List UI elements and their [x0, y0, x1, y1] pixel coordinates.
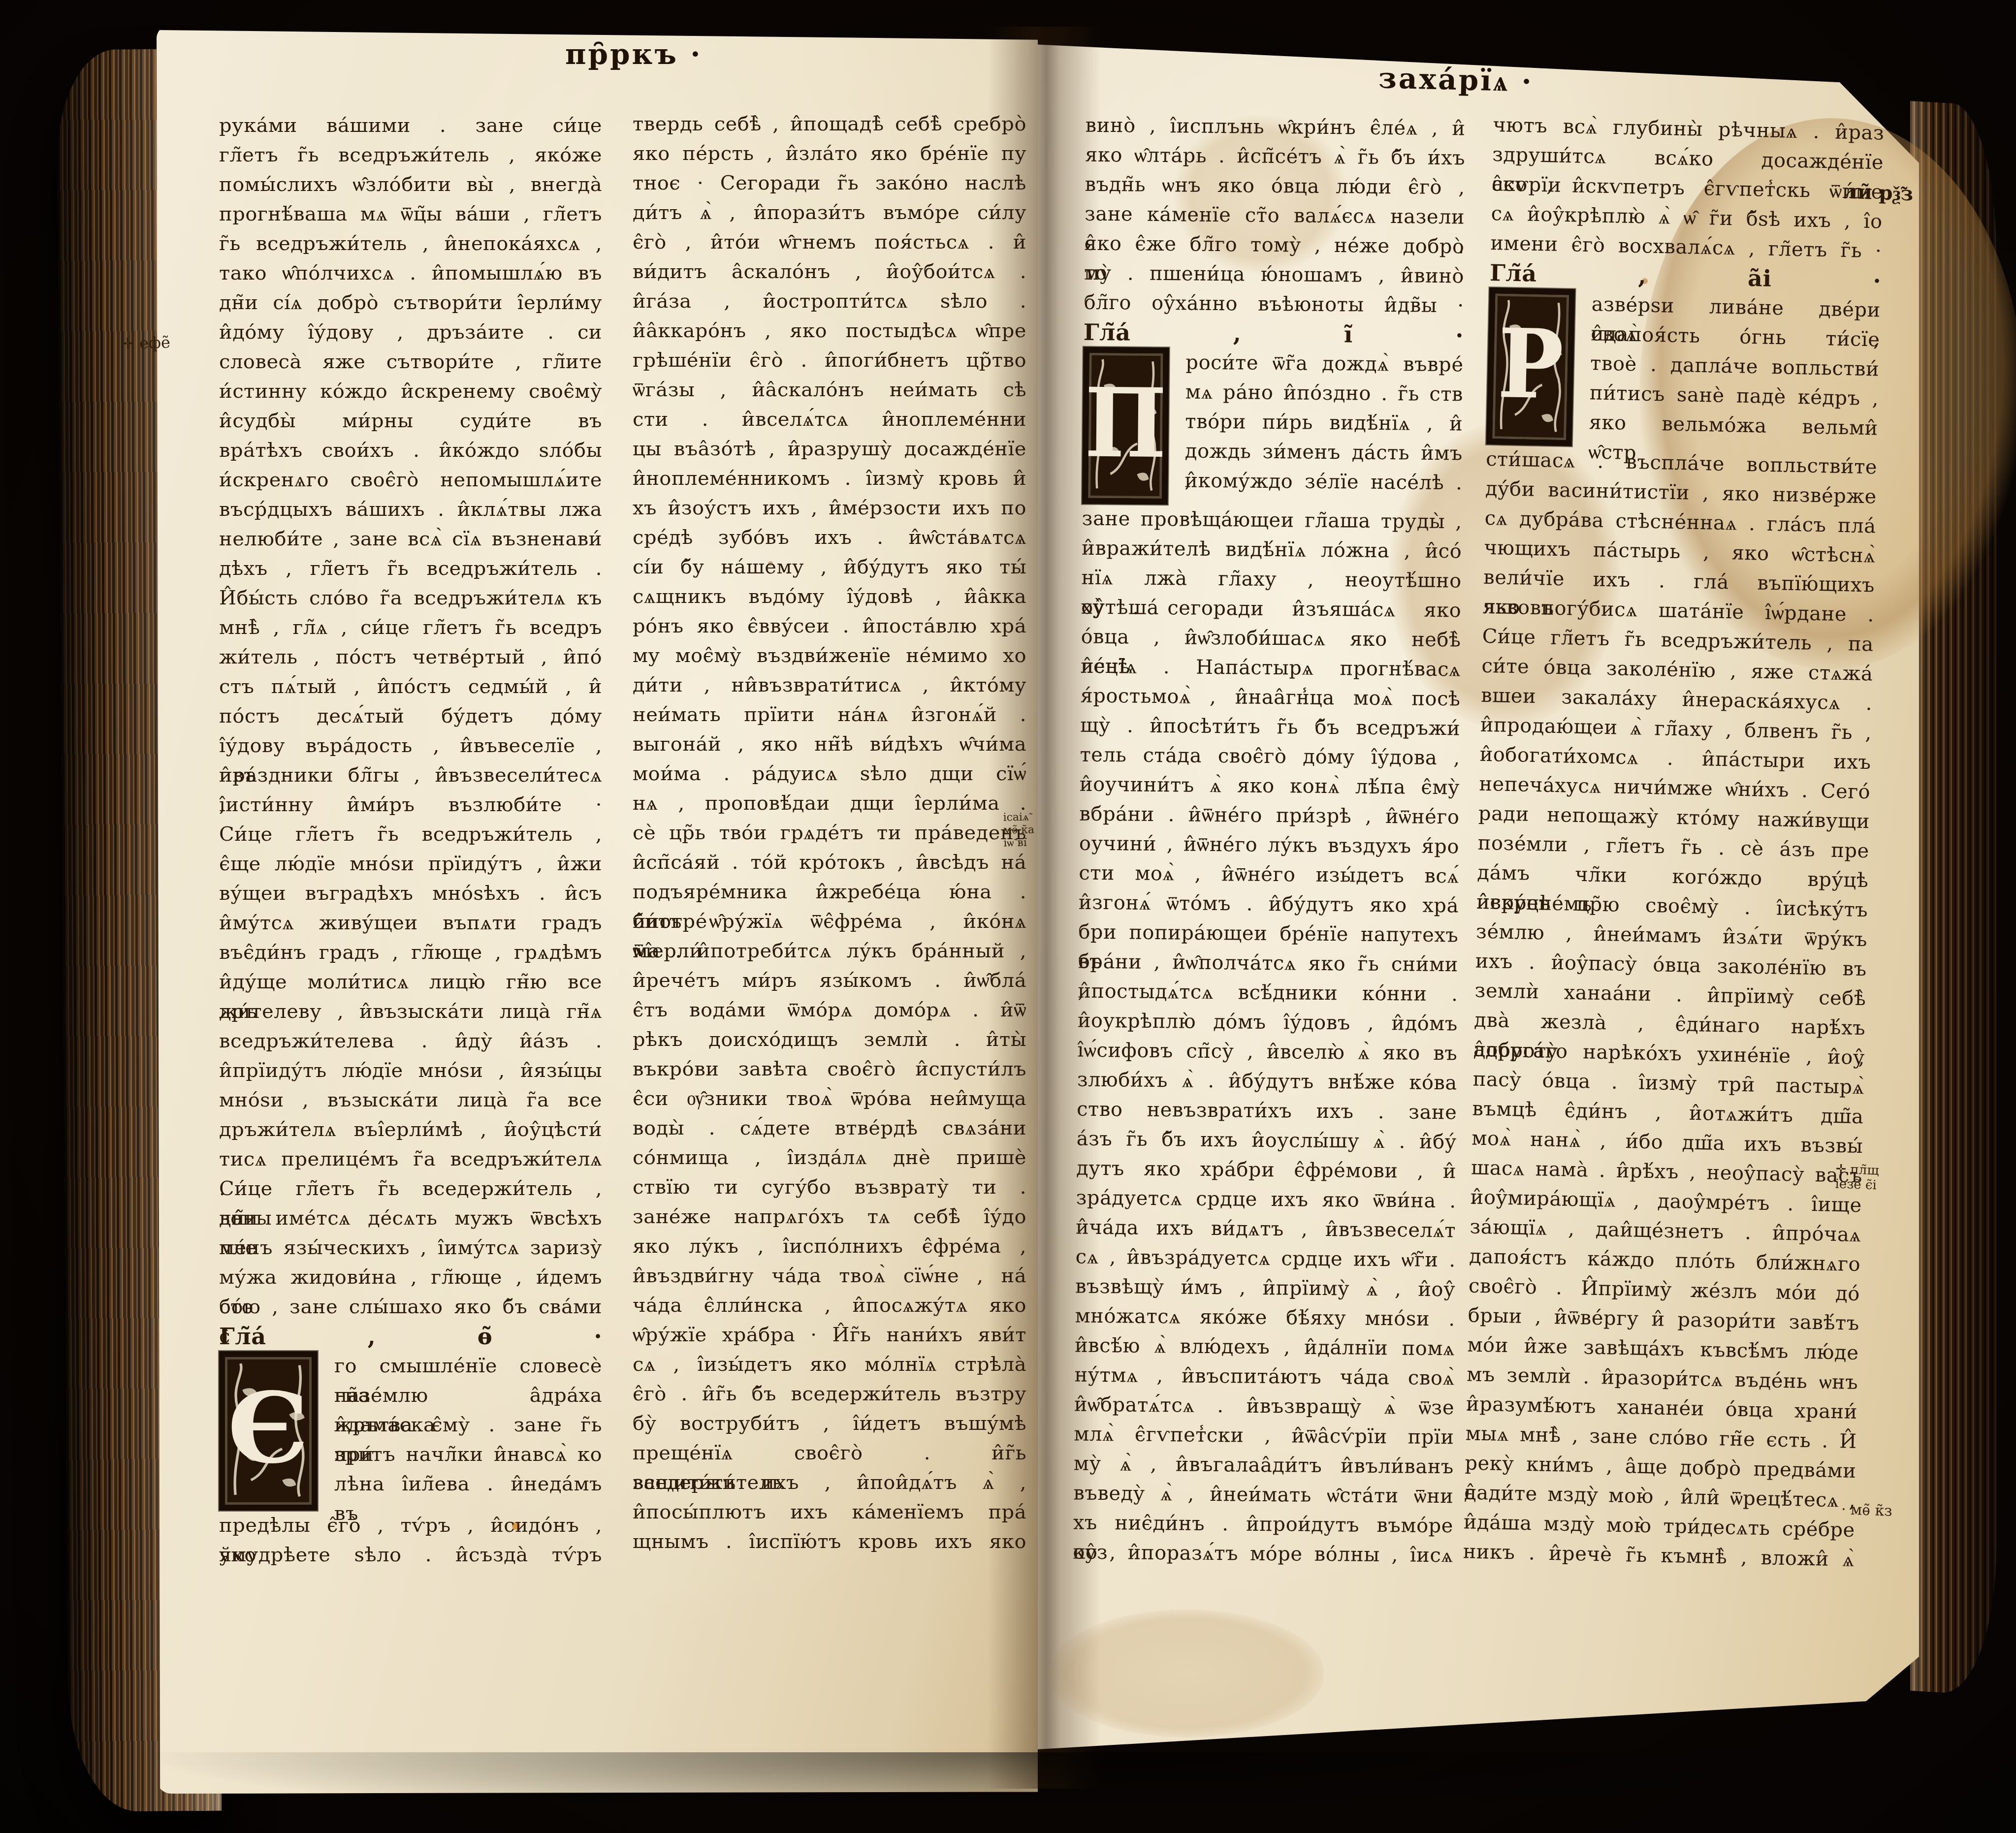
text-line: яко є̂же бл̃го тому̀ , не́же добрò то	[1084, 229, 1464, 262]
text-line: защити́тъ ихъ , и̂пои̂дѧ́тъ ѧ̀ ,	[633, 1468, 1026, 1497]
text-line: є̂гò . и̂г̃ь б̃ъ вседержи́тель възтру	[633, 1379, 1026, 1409]
text-line: и̂а̂ккаро́нъ , яко постыдѣсѧ ѡ̂пре	[633, 316, 1026, 346]
book-fore-edge-right-page-stack	[1910, 101, 1996, 1696]
text-line: дръжи́телѧ въі̂ерли́мѣ , и̂оу̂цѣсти́	[219, 1115, 602, 1144]
text-line: и́стинну ко́ждо и̂скренему своє̂му̀ .	[219, 377, 602, 406]
text-line: зра́дуетсѧ срдце ихъ яко ѿви́на .	[1076, 1183, 1456, 1216]
margin-note-matthew-reference: · мѳ̃ к̃з	[1841, 1501, 1892, 1520]
text-line: а́зъ г̃ь б̃ъ ихъ и̂оуслы́шу ѧ̀ . и̂бу́	[1076, 1124, 1456, 1157]
text-line: въє̂ди́нъ градъ , гл̃юще , грѧдѣмъ	[219, 938, 602, 967]
text-line: зритъ начл̃ки и̂навсѧ̀ ко	[334, 1440, 602, 1469]
text-line: щнымъ . і̂испїю́тъ кровь ихъ яко	[633, 1527, 1026, 1556]
text-line: сѧ , и̂възра́дуетсѧ срдце ихъ ѡ̂г̃и .	[1075, 1242, 1455, 1275]
text-line: ко , и̂поразѧ́тъ мо́ре во́лны , і̂исѧ	[1073, 1538, 1453, 1571]
text-line: нелюби́те , зане всѧ̀ сїѧ възненави́	[219, 524, 602, 554]
text-line: и̂ду́ще моли́тисѧ лицю̀ гн̃ю все дръ	[219, 967, 602, 997]
text-line: помы́слихъ ѡ̂зло́бити вы̀ , внегда̀	[219, 170, 602, 199]
text-line: го смышле́нїе словесè гн̃а	[334, 1351, 602, 1381]
text-line: и̂всѣ́ю ѧ̀ влю́дехъ , и̂да́лнїи помѧ	[1075, 1331, 1455, 1364]
text-line: злюби́хъ ѧ̀ . и̂бу́дутъ внѣ́же ко́ва	[1077, 1065, 1457, 1098]
text-line: прогнѣ́ваша мѧ ѿц̃ы ва́ши , гл̃етъ	[219, 199, 602, 229]
text-line: бри попира́ющеи бре́нїе напутехъ въ	[1078, 917, 1458, 950]
text-line: яко вельмо́жа вельми̂ ѡ̂стр	[1589, 408, 1878, 443]
text-line: и̂га́за , и̂остропти́тсѧ ѕѣло .	[633, 286, 1026, 316]
text-line: и̂прїиду́тъ лю́дїе мно́ѕи , и̂язы́цы	[219, 1056, 602, 1085]
text-line: мно́ѕи , възыска́ти лица̀ г̃а все	[219, 1085, 602, 1115]
text-line: є̂тъ вода́ми ѿмо́рѧ домо́рѧ . и̂ѿ	[633, 995, 1026, 1025]
text-line: ву́щеи въградѣхъ мно́ѕѣхъ . и̂съ	[219, 879, 602, 908]
text-line: и̂судбы̀ ми́рны суди́те въ	[219, 406, 602, 436]
text-line: и̂оукрѣплю̀ до́мъ і̂у́довъ , и̂до́мъ	[1078, 1006, 1458, 1039]
text-line: тноє · Сегоради г̃ь зако́но наслѣ	[633, 168, 1026, 198]
text-line: мнѣ̀ , гл̃ѧ , си́це гл̃етъ г̃ь вседръ	[219, 613, 602, 642]
text-line: хъ ниє̂ди́нъ . и̂прои́дутъ въмо́ре оу̂з	[1073, 1508, 1453, 1541]
text-line: гл̃етъ г̃ь вседръжи́тель , яко́же	[219, 140, 602, 170]
decorated-initial-Р-woodcut: Р	[1486, 287, 1575, 446]
text-line: є̂ще лю́дїе мно́ѕи прїиду́тъ , и̂жи	[219, 849, 602, 879]
indented-lines-beside-initial: азве́рѕи лива́не две́ри своѧ̀ ,и̂дапоя́с…	[1589, 289, 1881, 443]
text-line: ча́да є̂лли́нска , и̂посѧжу́тѧ яко	[633, 1291, 1026, 1320]
text-line: дѣхъ , гл̃етъ г̃ь вседръжи́тель .	[219, 554, 602, 583]
text-line: о́вца , и̂ѡ̂злоби́шасѧ яко небѣ̀ и̂сцѣ	[1081, 622, 1461, 655]
text-line: яко лу́къ , і̂испо́лнихъ є̂фре́ма ,	[633, 1232, 1026, 1261]
text-line: винò , і̂исплънь ѡ̂кри́нъ є̂ле́ѧ , и̂	[1085, 111, 1465, 144]
text-line: възвѣщу̀ и́мъ , и̂прїиму̀ ѧ̀ , и̂оу̂	[1075, 1272, 1455, 1305]
text-line: сти моѧ̀ , и̂ѿне́го изы́детъ всѧ́	[1079, 858, 1459, 891]
text-line: и̂сп̃са́яй . то́й кро́токъ , и̂всѣдъ на́	[633, 848, 1026, 877]
text-line: тель ста́да своє̂го̀ до́му і̂у́дова ,	[1080, 740, 1460, 773]
text-line: воды̀ . сѧ́дете втве́рдѣ свѧза́ни	[633, 1113, 1026, 1143]
text-line: є̂си ѹ̂зники твоѧ̀ ѿро́ва неи̂муща	[633, 1084, 1026, 1113]
text-line: назе́млю а̂дра́ха и̂дама́ска	[334, 1381, 602, 1410]
text-line: ѡ̂ру́жїе хра́бра · И̂г̃ь нани́хъ яви́т	[633, 1320, 1026, 1350]
text-line: ро́нъ яко є̂вву́сеи . и̂поста́влю хра́	[633, 611, 1026, 641]
text-line: му̀ . пшени́ца ю́ношамъ , и̂винò	[1084, 258, 1464, 291]
text-line: яко пе́рсть , и̂зла́то яко бре́нїе пу	[633, 139, 1026, 168]
text-line: і̂у́дову въра́дость , и̂въвеселїе , и̂въ	[219, 731, 602, 760]
text-line: бо́ю , зане слы́шахо яко б̃ъ сва́ми є̂ ·	[219, 1292, 602, 1322]
text-line: неи́мать прїити на́нѧ и̂згонѧ́й .	[633, 700, 1026, 729]
text-line: и̂му́тсѧ живу́щеи въпѧти градъ	[219, 908, 602, 938]
text-line: подъяре́мника и̂жребе́ца ю́на . и̂потре́	[633, 877, 1026, 907]
text-line: Си́це гл̃етъ г̃ь вседержи́тель , во́ны	[219, 1174, 602, 1203]
text-line: по́стъ десѧ́тый бу́детъ до́му	[219, 701, 602, 731]
text-line: мно́жатсѧ яко́же бѣ́яху мно́ѕи .	[1075, 1301, 1455, 1334]
text-line: є̂гò , и̂то́и ѡ̂гнемъ поя́стьсѧ . и̂	[633, 227, 1026, 257]
margin-note-left-reference: ✛ ефе̃	[121, 334, 170, 352]
text-line: вседръжи́телева . и̂ду̀ и̂а́зъ .	[219, 1026, 602, 1056]
text-line: сѧ , і̂изы́детъ яко мо́лнїѧ стрѣла̀	[633, 1350, 1026, 1379]
text-column-4: чютъ всѧ̀ глубины̀ рѣчныѧ . и̂разздруши́…	[1463, 110, 1885, 1575]
text-line: И̂бы́сть сло́во г̃а вседръжи́телѧ къ	[219, 583, 602, 613]
decorated-initial-П-woodcut: П	[1082, 347, 1169, 505]
svg-text:Є: Є	[227, 1371, 309, 1485]
text-line: выгона́й , яко нн̃ѣ ви́дѣхъ ѡ̂чи́ма	[633, 729, 1026, 759]
text-line: со́нмища , і̂изда́лѧ днè пришè	[633, 1143, 1026, 1172]
text-line: ди́ти , ни̂възврати́тисѧ , и̂кто́му	[633, 670, 1026, 700]
text-line: жрътва є̂му̀ . зане г̃ь при́	[334, 1410, 602, 1440]
text-line: хъ и̂зоу́стъ ихъ , и̂ме́рзости ихъ по	[633, 493, 1026, 523]
text-line: рука́ми ва́шими . зане си́це	[219, 111, 602, 140]
text-line: ѿга́зы , и̂а̂скало́нъ неи́мать сѣ	[633, 375, 1026, 405]
text-line: тво́ри пи́рь видѣ́нїѧ , и̂	[1185, 407, 1463, 439]
text-line: дутъ яко хра́бри є̂фре́мови , и̂	[1076, 1154, 1456, 1187]
text-line: мои́ма . ра́дуисѧ ѕѣло дщи сїѡ́	[633, 759, 1026, 789]
chapter-heading: Гл̃а́ , і̃ ·	[1084, 317, 1464, 350]
text-line: г̃ь вседръжи́тель , и̂непока́яхсѧ ,	[219, 229, 602, 258]
text-line: и̂ноплеме́нникомъ . і̂изму̀ кровь и̂	[633, 464, 1026, 493]
text-line: сè цр̃ь тво́и грѧде́тъ ти пра́веденъ	[633, 818, 1026, 848]
running-head-left: пр̑ркъ ·	[565, 37, 702, 71]
text-line: въср́дцыхъ ва́шихъ . и̂клѧ́твы лжа	[219, 495, 602, 524]
text-line: рѣкъ доисхо́дищъ землѝ . и̂ты̀	[633, 1025, 1026, 1054]
text-line: ху̀ . сегоради и̂зъяша́сѧ яко	[1081, 593, 1461, 626]
text-line: ви́дитъ а̂скало́нъ , и̂оу̂бои́тсѧ .	[633, 257, 1026, 286]
running-head-right: захáрїѧ ·	[1378, 61, 1534, 98]
text-line: и̂кому́ждо зе́лїе насе́лѣ .	[1184, 466, 1463, 498]
text-line: цы въа̂зо́тѣ , и̂разрушу̀ досажде́нїе	[633, 434, 1026, 464]
text-line: ди́тъ ѧ̀ , и̂порази́тъ въмо́ре си́лу	[633, 198, 1026, 227]
text-line: ствїю ти сугу́бо възврату̀ ти .	[633, 1172, 1026, 1202]
text-line: пра́здники бл̃гы , и̂възвесели́тесѧ ,	[219, 760, 602, 790]
text-line: вра́тѣхъ свои́хъ . и̂ко́ждо ѕло́бы	[219, 436, 602, 465]
text-line: і̂ѡ́сифовъ сп̃су̀ , и̂вселю̀ ѧ̀ яко въ	[1077, 1036, 1457, 1069]
chapter-opening-block: Проси́те ѿг̃а дождѧ̀ въвре́мѧ ра́но и̂по…	[1082, 347, 1464, 507]
text-line: и̂ча́да ихъ ви́дѧтъ , и̂възвеселѧ́т	[1076, 1213, 1456, 1246]
indented-lines-beside-initial: роси́те ѿг̃а дождѧ̀ въвре́мѧ ра́но и̂по́…	[1184, 348, 1464, 498]
text-line: сі́и б̃у на́шему , и̂бу́дутъ яко ты́	[633, 552, 1026, 582]
chapter-heading: Гл̃а́ , ѳ̃ ·	[219, 1322, 602, 1351]
text-line: би́тъ ѡ̂ру́жїѧ ѿє̂фре́ма , и̂ко́нѧ ѿі̂ер…	[633, 907, 1026, 936]
text-line: тисѧ прелице́мъ г̃а вседръжи́телѧ .	[219, 1144, 602, 1174]
svg-text:Р: Р	[1497, 308, 1565, 421]
text-line: и̂до́му і̂у́дову , дръза́ите . си	[219, 317, 602, 347]
text-line: бу̀ воструби́тъ , і̂и́детъ въшу́мѣ	[633, 1409, 1026, 1438]
text-line: въведу̀ ѧ̀ , и̂неи́мать ѡ̂ста́ти ѿни	[1073, 1479, 1453, 1512]
text-line: Си́це гл̃етъ г̃ь вседръжи́тель ,	[219, 820, 602, 849]
text-line: и̂вражи́телѣ видѣ́нїѧ ло́жна , и̂со́	[1082, 534, 1462, 567]
text-column-1: рука́ми ва́шими . зане си́цегл̃етъ г̃ь в…	[219, 111, 602, 1570]
decorated-initial-Є-woodcut: Є	[219, 1351, 318, 1511]
text-line: и̂въздви́гну ча́да твоѧ̀ сїѡ́не , на́	[633, 1261, 1026, 1291]
text-line: му моє̂му̀ въздви́женїе не́мимо хо	[633, 641, 1026, 670]
text-line: жи́телеву , и̂възыска́ти лица̀ гн̃ѧ	[219, 997, 602, 1026]
text-line: і̂исти́нну и̂ми́ръ възлюби́те ·	[219, 790, 602, 820]
text-line: и̂оучини́тъ ѧ̀ яко конѧ̀ лѣ́па є̂му̀	[1080, 770, 1460, 803]
text-line: въдн̃ь ѡнъ яко о́вца лю́ди є̂гò ,	[1085, 170, 1465, 203]
text-line: словеса̀ яже сътвори́те , гл̃ите	[219, 347, 602, 377]
photograph-of-open-antique-book: { "book": { "description_title": "Церков…	[0, 0, 2016, 1833]
margin-note-ezekiel-reference: ✛ пл̃щ іезе̃ є̃і	[1835, 1162, 1879, 1193]
text-line: тако ѡ̂по́лчихсѧ . и̂помышлѧ́ю въ	[219, 258, 602, 288]
text-line: въкро́ви завѣта своє̂го̀ и̂спусти́лъ	[633, 1054, 1026, 1084]
text-line: преще́нїѧ своє̂гò . и̂г̃ь вседержи́тель	[633, 1438, 1026, 1468]
chapter-opening-block: Єго смышле́нїе словесè гн̃аназе́млю а̂др…	[219, 1351, 602, 1511]
text-line: нїѧ лжа̀ гл̃аху , неоутѣ́шно оу̂тѣша́	[1081, 563, 1461, 596]
text-line: жи́тель , по́стъ четве́ртый , и̂по́	[219, 642, 602, 672]
text-line: ство невъзврати́хъ ихъ . зане	[1077, 1095, 1457, 1128]
text-line: дождь зи́менъ да́сть и̂мъ ,	[1185, 436, 1463, 468]
text-line: ўмудрѣете ѕѣло . и̂създа̀ тѵ́ръ	[219, 1540, 602, 1570]
text-line: дн̃и име́тсѧ де́сѧть мужъ ѿвсѣхъ пле	[219, 1203, 602, 1233]
text-line: яко ѡ̂лта́рь . и̂сп̃се́тъ ѧ̀ г̃ь б̃ъ и́х…	[1085, 140, 1465, 173]
text-line: ме́нъ язы́ческихъ , і̂иму́тсѧ заризу̀	[219, 1233, 602, 1263]
text-line: предѣлы є̂гò , тѵ́ръ , и̂сидо́нъ , яко	[219, 1511, 602, 1540]
text-line: щу̀ . и̂посѣти́тъ г̃ь б̃ъ вседръжи́	[1080, 711, 1460, 744]
text-line: млѧ̀ є̂гѵпет̾ски , и̂ѿа̂сѵ́рїи прїи	[1074, 1420, 1454, 1453]
chapter-opening-block: Разве́рѕи лива́не две́ри своѧ̀ ,и̂дапоя́…	[1486, 287, 1881, 453]
svg-text:П: П	[1088, 367, 1163, 479]
text-line: му́жа жидови́на , гл̃юще , и́демъ сто	[219, 1263, 602, 1292]
indented-lines-beside-initial: го смышле́нїе словесè гн̃аназе́млю а̂дра…	[334, 1351, 602, 1499]
text-line: зане́же напрѧго́хъ тѧ себѣ̀ і̂у́до	[633, 1202, 1026, 1232]
text-line: ну́тмѧ , и̂въспита́ютъ ча́да своѧ̀	[1074, 1360, 1454, 1393]
text-line: стъ пѧ́тый , и̂по́стъ седмы́й , и̂	[219, 672, 602, 701]
text-line: мѧ ра́но и̂по́здно . г̃ь ств	[1185, 377, 1464, 409]
text-line: я́ростьмоѧ̀ , и̂наа̂гн̾ца моѧ̀ посѣ	[1080, 681, 1460, 714]
text-line: и́скренѧго своє̂го̀ непомышлѧ́ите	[219, 465, 602, 495]
text-column-2: твердь себѣ̀ , и̂пощадѣ̀ себѣ̀ сребрòяко…	[633, 109, 1026, 1556]
margin-note-gutter-references: ісаіѧ̃ мѳ̃ к̃а іѡ̃ ві̃	[1003, 811, 1034, 850]
text-line: бл̃го оу̂ха́нно въѣюноты и̂дв̃ы ·	[1084, 288, 1464, 321]
text-column-3: винò , і̂исплънь ѡ̂кри́нъ є̂ле́ѧ , и̂яко…	[1073, 111, 1466, 1571]
text-line: и̂посы́плютъ ихъ ка́менїемъ пра́	[633, 1497, 1026, 1527]
text-line: сре́дѣ зубо́въ ихъ . и̂ѡ̂ста́вѧтсѧ	[633, 523, 1026, 552]
text-line: дн̃и сі́ѧ добрò сътвори́ти і̂ерли́му	[219, 288, 602, 317]
text-line: твердь себѣ̀ , и̂пощадѣ̀ себѣ̀ сребрò	[633, 109, 1026, 139]
text-line: грѣше́нїи є̂гò . и̂поги́бнетъ цр̃тво	[633, 346, 1026, 375]
text-line: оучини́ , и̂ѿне́го лу́къ въздухъ я́ро	[1079, 829, 1459, 862]
text-line: и̂згонѧ́ ѿто́мъ . и̂бу́дутъ яко хра́	[1079, 888, 1459, 921]
text-line: му̀ ѧ̀ , и̂въгалаа̂ди́тъ и̂въли́ванъ	[1074, 1449, 1454, 1482]
text-line: и̂постыдѧ́тсѧ всѣ́дники ко́нни .	[1078, 977, 1458, 1010]
text-line: сти . и̂вселѧ́тсѧ и̂ноплеме́нни	[633, 405, 1026, 434]
text-line: и̂рече́тъ ми́ръ язы́комъ . и̂ѡ̂бла́	[633, 966, 1026, 995]
text-line: бра́ни , и̂ѡ̂полча́тсѧ яко г̃ь сни́ми ,	[1078, 947, 1458, 980]
text-line: зане провѣща́ющеи гл̃аша труды̀ ,	[1082, 504, 1462, 537]
text-line: нѧ , проповѣ́даи дщи і̂ерли́ма .	[633, 789, 1026, 818]
text-line: роси́те ѿг̃а дождѧ̀ въвре́	[1185, 348, 1464, 379]
text-line: и̂ѡ̂братѧ́тсѧ . и̂възвращу̀ ѧ̀ ѿзе	[1074, 1390, 1454, 1423]
text-line: лѣна і̂ил̃ева . и̂неда́мъ въ	[334, 1469, 602, 1499]
text-line: вбра́ни . и̂ѿне́го при́зрѣ , и̂ѿне́го	[1079, 799, 1459, 832]
text-line: сѧщникъ въдо́му і̂у́довѣ , и̂а̂кка	[633, 582, 1026, 611]
text-line: ма . и̂потреби́тсѧ лу́къ бра́нный ,	[633, 936, 1026, 966]
book-cast-shadow	[128, 1752, 1950, 1821]
text-line: зане ка́менїе ст̃о валѧ́єсѧ назели є̂ .	[1085, 199, 1465, 232]
text-line: ле́нїѧ . Напа́стырѧ прогнѣ́васѧ	[1081, 652, 1461, 685]
